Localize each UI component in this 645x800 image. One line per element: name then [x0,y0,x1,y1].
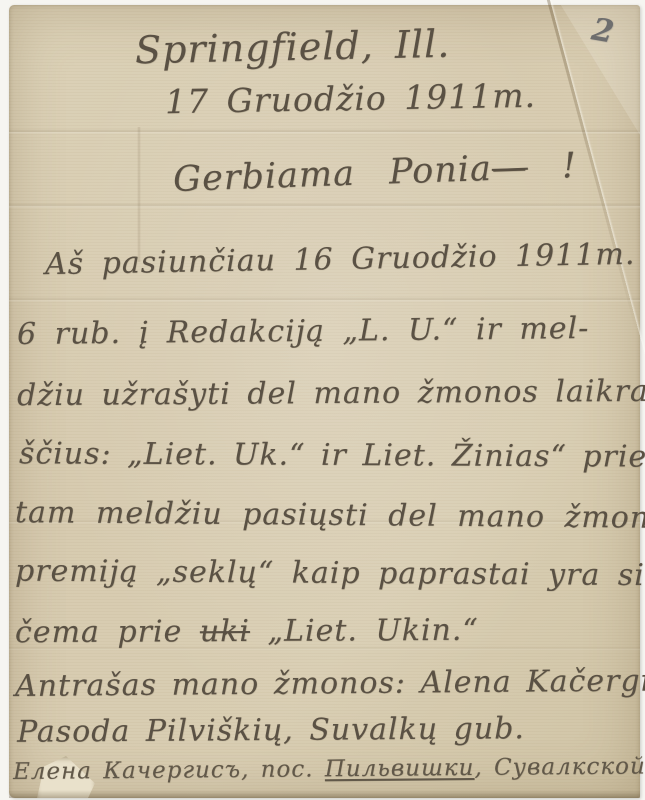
horizontal-crease [9,203,640,208]
vertical-crease [137,127,141,262]
body-line: tam meldžiu pasiųsti del mano žmonos [15,495,645,536]
corner-fold-tint [530,5,640,135]
body-line: Aš pasiunčiau 16 Gruodžio 1911m. [45,237,636,282]
body-line: ščius: „Liet. Uk.“ ir Liet. Žinias“ prie… [19,436,645,474]
underlined-place-name: Пильвишки [325,755,475,782]
body-line-text: čema prie [15,614,200,650]
body-line-with-strikeout: čema prie uki „Liet. Ukin.“ [15,613,479,650]
horizontal-crease [9,129,640,134]
body-line: premiją „seklų“ kaip paprastai yra siun- [15,554,645,594]
horizontal-crease [9,297,640,302]
body-line-text: „Liet. Ukin.“ [250,613,479,649]
salutation-exclamation: ! [527,146,578,188]
address-line-1: Antrašas mano žmonos: Alena Kačergiene [15,663,645,704]
salutation-text: Gerbiama Ponia [172,149,492,200]
salutation-line: Gerbiama Ponia— ! [172,146,577,200]
letter-scan: 2 Springfield, Ill. 17 Gruodžio 1911m. G… [0,0,645,800]
body-line: 6 rub. į Redakciją „L. U.“ ir mel- [17,311,590,352]
salutation-struck-flourish: — [491,148,528,189]
body-line: džiu užrašyti del mano žmonos laikra- [17,374,645,413]
date-line: 17 Gruodžio 1911m. [165,76,537,121]
address-text: Елена Качергисъ, пос. [13,756,325,785]
address-line-2: Pasoda Pilviškių, Suvalkų gub. [17,711,525,750]
address-line-3: Елена Качергисъ, пос. Пильвишки, Сувалкс… [13,753,645,785]
paper-sheet: 2 Springfield, Ill. 17 Gruodžio 1911m. G… [9,5,640,798]
place-line: Springfield, Ill. [135,22,451,73]
bottom-edge-shadow [9,790,640,798]
struck-word: uki [200,614,250,649]
address-text: , Сувалкской губ [474,753,645,781]
